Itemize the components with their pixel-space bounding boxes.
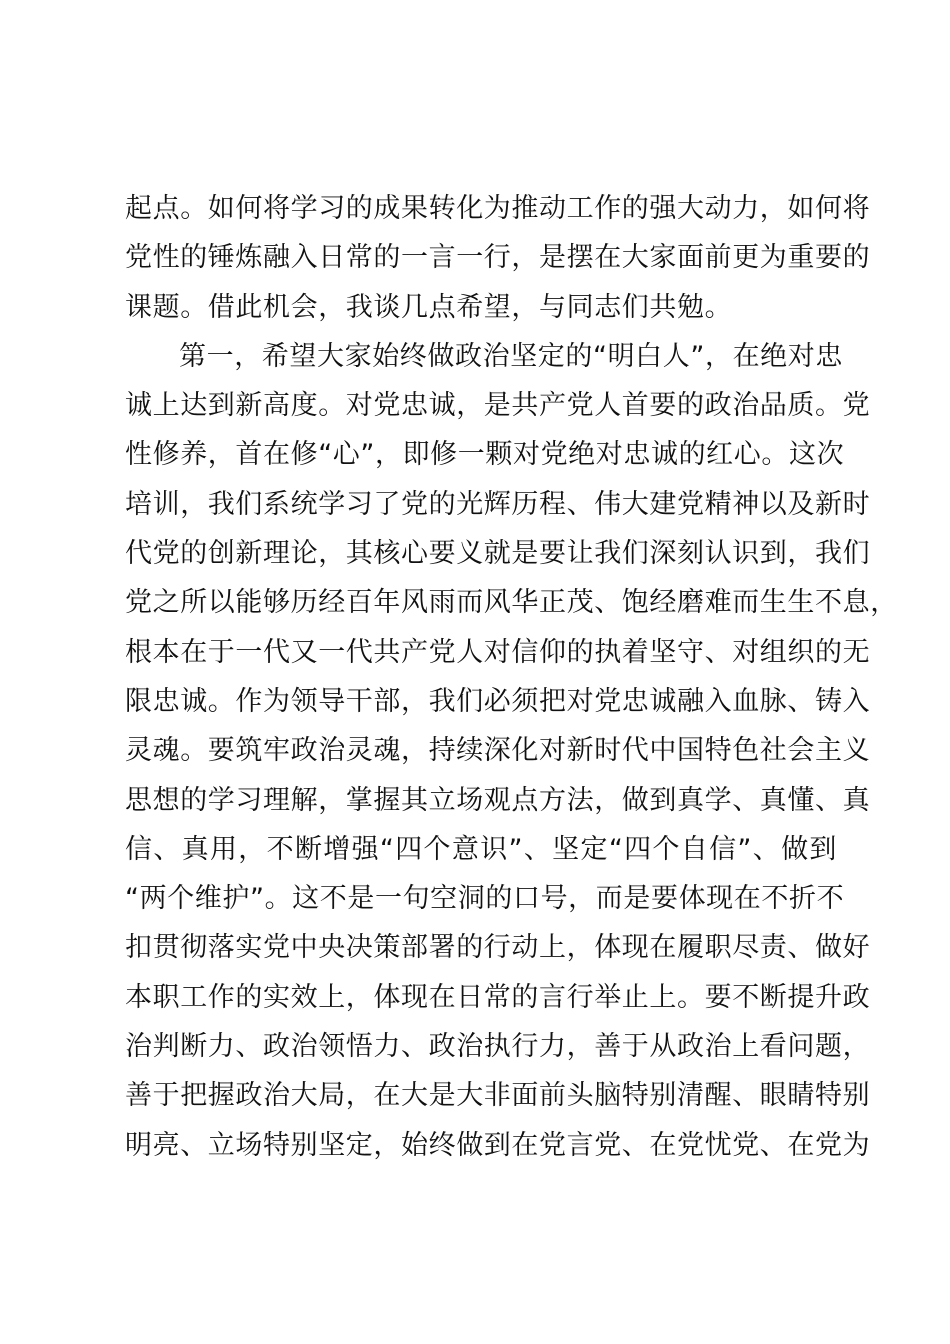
text-line-2: 党性的锤炼融入日常的一言一行，是摆在大家面前更为重要的 (125, 233, 837, 282)
text-line-14: 信、真用，不断增强“四个意识”、坚定“四个自信”、做到 (125, 825, 837, 874)
text-line-19: 善于把握政治大局，在大是大非面前头脑特别清醒、眼睛特别 (125, 1071, 837, 1120)
text-line-18: 治判断力、政治领悟力、政治执行力，善于从政治上看问题， (125, 1022, 837, 1071)
text-line-15: “两个维护”。这不是一句空洞的口号，而是要体现在不折不 (125, 874, 837, 923)
text-line-5: 诚上达到新高度。对党忠诚，是共产党人首要的政治品质。党 (125, 381, 837, 430)
text-line-12: 灵魂。要筑牢政治灵魂，持续深化对新时代中国特色社会主义 (125, 726, 837, 775)
text-line-9: 党之所以能够历经百年风雨而风华正茂、饱经磨难而生生不息， (125, 578, 837, 627)
text-line-10: 根本在于一代又一代共产党人对信仰的执着坚守、对组织的无 (125, 628, 837, 677)
text-line-8: 代党的创新理论，其核心要义就是要让我们深刻认识到，我们 (125, 529, 837, 578)
body-text: 起点。如何将学习的成果转化为推动工作的强大动力，如何将 党性的锤炼融入日常的一言… (125, 184, 837, 1170)
text-line-1: 起点。如何将学习的成果转化为推动工作的强大动力，如何将 (125, 184, 837, 233)
text-line-7: 培训，我们系统学习了党的光辉历程、伟大建党精神以及新时 (125, 480, 837, 529)
document-page: 起点。如何将学习的成果转化为推动工作的强大动力，如何将 党性的锤炼融入日常的一言… (0, 0, 950, 1344)
text-line-6: 性修养，首在修“心”，即修一颗对党绝对忠诚的红心。这次 (125, 430, 837, 479)
text-line-13: 思想的学习理解，掌握其立场观点方法，做到真学、真懂、真 (125, 776, 837, 825)
text-line-16: 扣贯彻落实党中央决策部署的行动上，体现在履职尽责、做好 (125, 923, 837, 972)
text-line-11: 限忠诚。作为领导干部，我们必须把对党忠诚融入血脉、铸入 (125, 677, 837, 726)
text-line-3: 课题。借此机会，我谈几点希望，与同志们共勉。 (125, 283, 837, 332)
text-line-20: 明亮、立场特别坚定，始终做到在党言党、在党忧党、在党为 (125, 1121, 837, 1170)
text-line-17: 本职工作的实效上，体现在日常的言行举止上。要不断提升政 (125, 973, 837, 1022)
text-line-4-paragraph-start: 第一，希望大家始终做政治坚定的“明白人”，在绝对忠 (125, 332, 837, 381)
